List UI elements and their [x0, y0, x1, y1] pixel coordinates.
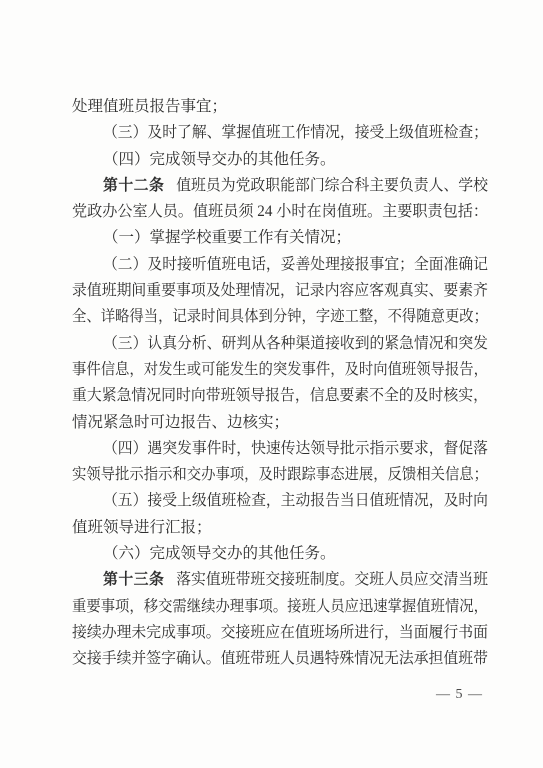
text-line: 处理值班员报告事宜； [72, 94, 488, 120]
document-body: 处理值班员报告事宜；（三）及时了解、掌握值班工作情况，接受上级值班检查；（四）完… [72, 94, 488, 673]
text-line: 事件信息，对发生或可能发生的突发事件，及时向值班领导报告， [72, 357, 488, 383]
text-line: 重大紧急情况同时向带班领导报告，信息要素不全的及时核实， [72, 383, 488, 409]
text-line: 交接手续并签字确认。值班带班人员遇特殊情况无法承担值班带 [72, 646, 488, 672]
text-line: 第十三条落实值班带班交接班制度。交班人员应交清当班 [72, 567, 488, 593]
text-line: 值班领导进行汇报； [72, 515, 488, 541]
text-line: （二）及时接听值班电话，妥善处理接报事宜；全面准确记 [72, 252, 488, 278]
text-line: （五）接受上级值班检查，主动报告当日值班情况，及时向 [72, 488, 488, 514]
text-line: 情况紧急时可边报告、边核实； [72, 410, 488, 436]
text-line: （三）及时了解、掌握值班工作情况，接受上级值班检查； [72, 120, 488, 146]
text-line: 实领导批示指示和交办事项，及时跟踪事态进展，反馈相关信息； [72, 462, 488, 488]
text-line: （四）完成领导交办的其他任务。 [72, 147, 488, 173]
text-line: （三）认真分析、研判从各种渠道接收到的紧急情况和突发 [72, 331, 488, 357]
text-line: （一）掌握学校重要工作有关情况； [72, 225, 488, 251]
document-scan-page: 处理值班员报告事宜；（三）及时了解、掌握值班工作情况，接受上级值班检查；（四）完… [0, 0, 543, 768]
text-line: 录值班期间重要事项及处理情况，记录内容应客观真实、要素齐 [72, 278, 488, 304]
text-line: （六）完成领导交办的其他任务。 [72, 541, 488, 567]
text-line: 第十二条值班员为党政职能部门综合科主要负责人、学校 [72, 173, 488, 199]
text-line: 党政办公室人员。值班员须 24 小时在岗值班。主要职责包括： [72, 199, 488, 225]
text-line: 重要事项，移交需继续办理事项。接班人员应迅速掌握值班情况， [72, 594, 488, 620]
article-number: 第十二条 [103, 177, 164, 194]
text-line: 全、详略得当，记录时间具体到分钟，字迹工整，不得随意更改； [72, 304, 488, 330]
page-number: — 5 — [436, 687, 483, 703]
text-line: （四）遇突发事件时，快速传达领导批示指示要求，督促落 [72, 436, 488, 462]
article-number: 第十三条 [103, 571, 164, 588]
text-line: 接续办理未完成事项。交接班应在值班场所进行，当面履行书面 [72, 620, 488, 646]
